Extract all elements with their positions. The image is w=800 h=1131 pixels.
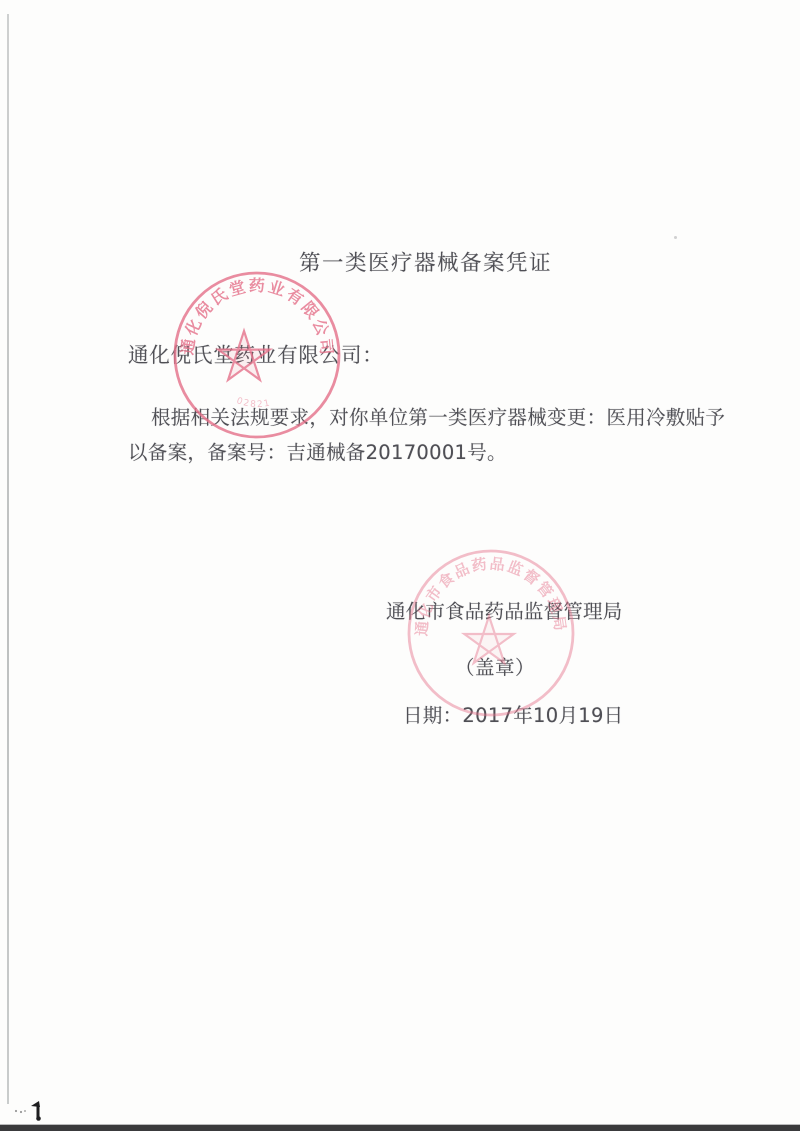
seal-arc-text: 通化市食品药品监督管理局 <box>413 555 570 637</box>
scan-left-edge-line <box>7 14 9 1104</box>
scan-bottom-edge <box>0 1125 800 1131</box>
body-paragraph-line-1: 根据相关法规要求，对你单位第一类医疗器械变更：医用冷敷贴予 <box>151 407 725 429</box>
ink-mark <box>12 1097 46 1125</box>
scan-speck <box>674 236 677 239</box>
scanned-certificate-page: 第一类医疗器械备案凭证 通化倪氏堂药业有限公司： 根据相关法规要求，对你单位第一… <box>0 0 800 1131</box>
authority-seal-stamp: 通化市食品药品监督管理局 <box>403 545 579 721</box>
seal-placeholder-note: （盖章） <box>455 657 535 679</box>
recipient-line: 通化倪氏堂药业有限公司： <box>128 344 384 368</box>
date-label: 日期： <box>403 704 462 727</box>
issuer-name: 通化市食品药品监督管理局 <box>386 601 622 623</box>
document-title: 第一类医疗器械备案凭证 <box>299 252 552 277</box>
body-paragraph-line-2: 以备案，备案号：吉通械备20170001号。 <box>128 442 507 464</box>
date-line: 日期：2017年10月19日 <box>403 705 623 727</box>
seal-border-circle <box>409 551 573 715</box>
date-value: 2017年10月19日 <box>462 704 623 727</box>
